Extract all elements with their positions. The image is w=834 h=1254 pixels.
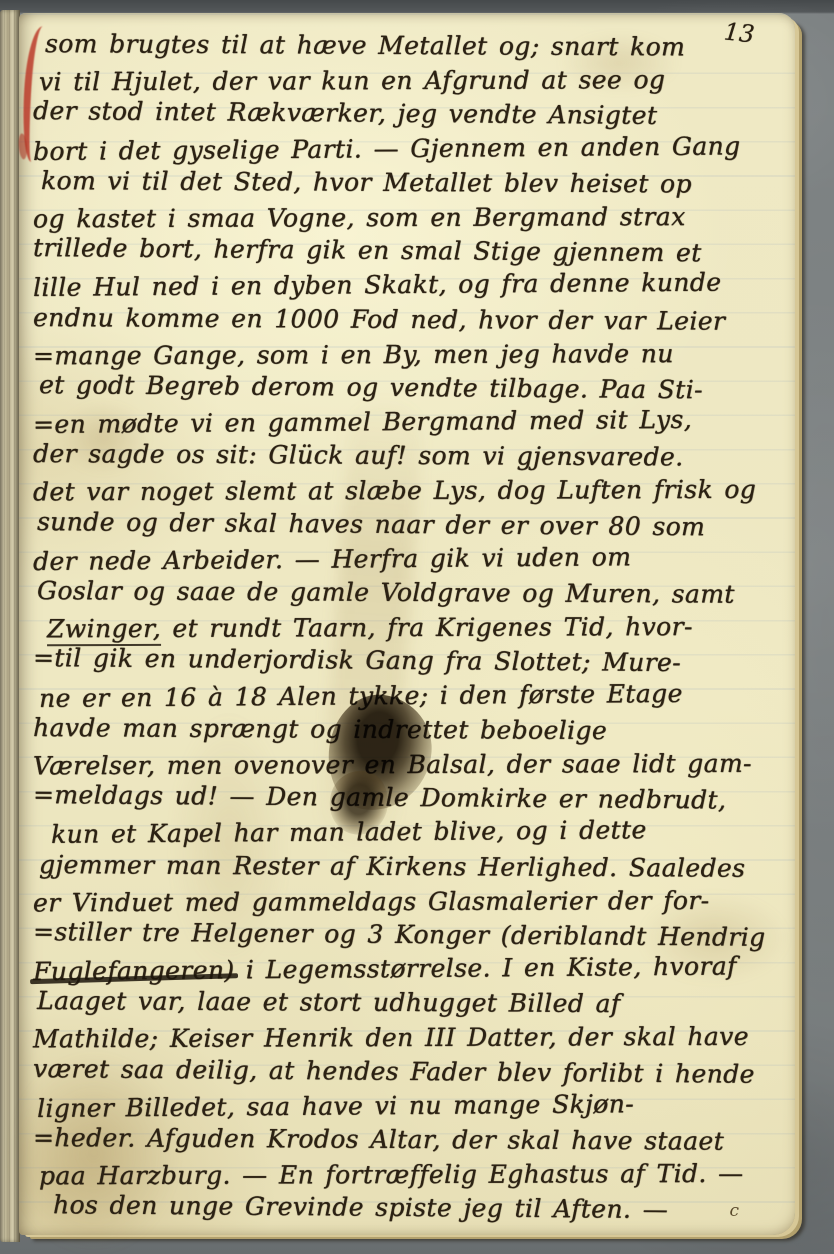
handwritten-line: hos den unge Grevinde spiste jeg til Aft… <box>33 1188 791 1228</box>
handwritten-line: endnu komme en 1000 Fod ned, hvor der va… <box>33 301 791 339</box>
handwritten-line: som brugtes til at hæve Metallet og; sna… <box>33 27 791 65</box>
handwritten-line: =mange Gange, som i en By, men jeg havde… <box>33 336 791 373</box>
handwritten-line: bort i det gyselige Parti. — Gjennem en … <box>33 129 791 169</box>
handwritten-line: lille Hul ned i en dyben Skakt, og fra d… <box>33 265 791 305</box>
handwritten-line: Fuglefangeren) i Legemsstørrelse. I en K… <box>33 949 791 989</box>
manuscript-scan: 13 som brugtes til at hæve Metallet og; … <box>0 0 834 1254</box>
handwritten-line: =en mødte vi en gammel Bergmand med sit … <box>33 402 791 442</box>
handwritten-line: kun et Kapel har man ladet blive, og i d… <box>33 812 791 852</box>
handwritten-line: =til gik en underjordisk Gang fra Slotte… <box>33 641 791 681</box>
handwritten-line: Mathilde; Keiser Henrik den III Datter, … <box>33 1020 791 1057</box>
handwritten-line: sunde og der skal haves naar der er over… <box>33 505 791 545</box>
book-binding-edge <box>0 10 20 1242</box>
handwritten-line: ligner Billedet, saa have vi nu mange Sk… <box>33 1086 791 1126</box>
handwritten-line: er Vinduet med gammeldags Glasmalerier d… <box>33 883 791 920</box>
handwritten-line: Laaget var, laae et stort udhugget Bille… <box>33 984 791 1022</box>
handwritten-line: Goslar og saae de gamle Voldgrave og Mur… <box>33 574 791 612</box>
manuscript-page: 13 som brugtes til at hæve Metallet og; … <box>19 13 795 1235</box>
manuscript-lines: som brugtes til at hæve Metallet og; sna… <box>33 29 791 1226</box>
struck-word: Fuglefangeren) <box>33 955 235 986</box>
corner-mark: c <box>729 1201 739 1221</box>
handwritten-line: der stod intet Rækværker, jeg vendte Ans… <box>33 94 791 134</box>
handwritten-line: der sagde os sit: Glück auf! som vi gjen… <box>33 437 791 475</box>
handwritten-line: der nede Arbeider. — Herfra gik vi uden … <box>33 539 791 579</box>
handwritten-line: gjemmer man Rester af Kirkens Herlighed.… <box>33 848 791 886</box>
handwritten-line: kom vi til det Sted, hvor Metallet blev … <box>33 164 791 202</box>
handwritten-line: det var noget slemt at slæbe Lys, dog Lu… <box>33 473 791 510</box>
handwritten-line: =heder. Afguden Krodos Altar, der skal h… <box>33 1121 791 1159</box>
handwritten-line: været saa deilig, at hendes Fader blev f… <box>33 1052 791 1092</box>
